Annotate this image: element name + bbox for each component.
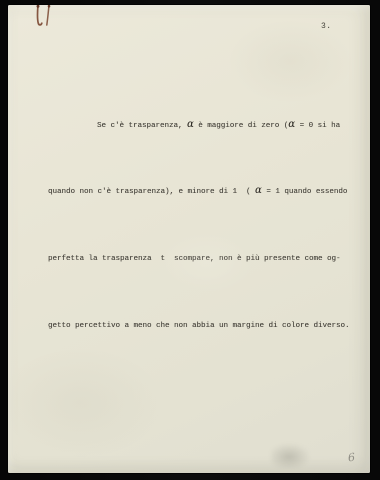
handwritten-pencil-number: 6 [347, 451, 355, 465]
handwritten-ink-strokes-icon [32, 5, 58, 31]
paper-smudge [271, 443, 311, 468]
text-line: quando non c'è trasparenza), e minore di… [48, 181, 363, 203]
scan-background: 3. Se c'è trasparenza, α è maggiore di z… [0, 0, 380, 480]
document-page: 3. Se c'è trasparenza, α è maggiore di z… [8, 5, 370, 473]
text-line: Se c'è trasparenza, α è maggiore di zero… [48, 115, 363, 137]
text-line: perfetta la trasparenza t scompare, non … [48, 248, 363, 270]
handwritten-alpha-symbol: α [255, 185, 262, 196]
handwritten-alpha-symbol: α [187, 119, 194, 130]
page-number: 3. [321, 22, 332, 31]
paragraph: Se c'è trasparenza, α è maggiore di zero… [48, 70, 363, 382]
handwritten-alpha-symbol: α [288, 119, 295, 130]
text-line: getto percettivo a meno che non abbia un… [48, 315, 363, 337]
